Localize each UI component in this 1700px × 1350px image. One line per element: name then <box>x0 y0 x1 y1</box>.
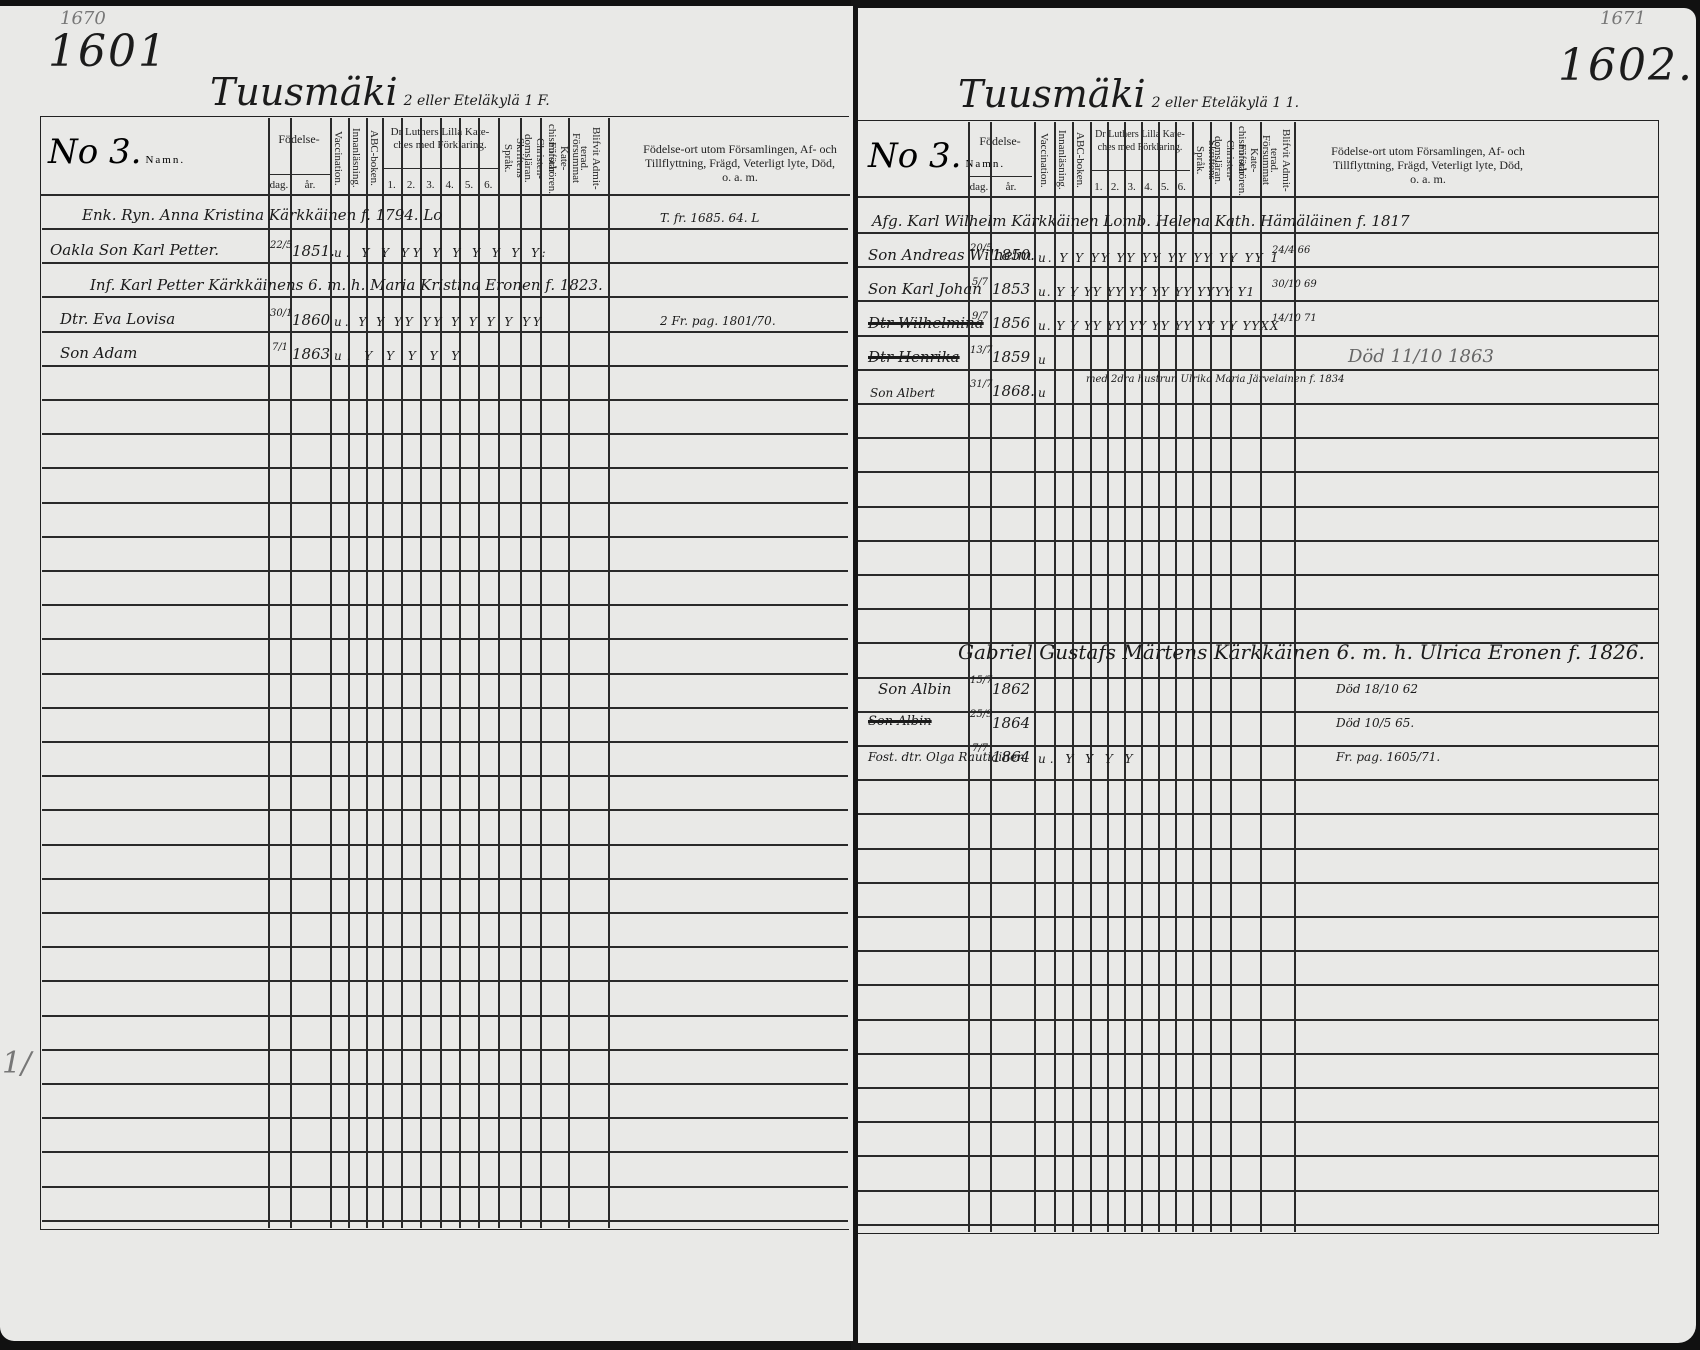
row-rule <box>42 536 848 538</box>
entry-dag: 25/9 <box>970 710 990 720</box>
entry-marks: u. Y Y YY YY YY YY YY YYYY Y1 <box>1038 285 1255 299</box>
row-rule <box>858 300 1658 302</box>
header-fodelse: Födelse- <box>968 134 1032 148</box>
row-rule <box>858 1121 1658 1123</box>
luther-6: 6. <box>479 178 498 192</box>
row-rule <box>858 608 1658 610</box>
row-rule <box>858 1053 1658 1055</box>
entry-marks: u. Y Y YY YY YY YY YY YY YY 1 <box>1038 251 1280 265</box>
row-rule <box>42 1220 848 1222</box>
row-rule <box>42 1015 848 1017</box>
right-page: 1671 1602. Tuusmäki2 eller Eteläkylä 1 1… <box>858 8 1696 1343</box>
entry-marks: u <box>1038 386 1046 400</box>
page-number: 1602. <box>1558 40 1694 91</box>
village-title: Tuusmäki2 eller Eteläkylä 1 1. <box>958 72 1299 116</box>
row-rule <box>42 296 848 298</box>
luther-4: 4. <box>1140 180 1157 194</box>
page-number: 1601 <box>48 26 168 77</box>
row-rule <box>858 813 1658 815</box>
header-vaccination: Vaccination. <box>1038 126 1050 194</box>
row-rule <box>858 916 1658 918</box>
entry-note: Fr. pag. 1605/71. <box>1336 750 1440 764</box>
entry-dag: 31/7 <box>970 380 990 390</box>
entry-note: Död 10/5 65. <box>1336 716 1414 730</box>
entry-year: 1853 <box>992 280 1030 298</box>
entry-note: med 2dra hustrun Ulrika Maria Järvelaine… <box>1086 374 1344 385</box>
entry-year: 1851. <box>292 242 335 260</box>
entry-note: Död 18/10 62 <box>1336 682 1418 696</box>
header-forsummat: Försummat Kate-chismiförhören. <box>546 124 582 192</box>
household-head: Gabriel Gustafs Märtens Kärkkäinen 6. m.… <box>958 640 1645 664</box>
row-rule <box>42 1186 848 1188</box>
row-rule <box>42 365 848 367</box>
header-admitterad: Blifvit Admit-terad. <box>578 124 602 192</box>
luther-3: 3. <box>421 178 440 192</box>
row-rule <box>858 369 1658 371</box>
row-rule <box>858 403 1658 405</box>
entry-year: 1860 <box>292 311 330 329</box>
header-admitterad: Blifvit Admit-terad. <box>1268 126 1292 194</box>
luther-2: 2. <box>1107 180 1124 194</box>
entry-dag: 22/5 <box>270 241 290 251</box>
entry-name-struck: Dtr Henrika <box>868 348 960 366</box>
row-rule <box>858 1224 1658 1226</box>
header-vaccination: Vaccination. <box>332 124 344 192</box>
row-rule <box>42 399 848 401</box>
header-dag: dag. <box>268 178 290 192</box>
row-rule <box>42 331 848 333</box>
row-rule <box>42 741 848 743</box>
row-rule <box>858 779 1658 781</box>
entry-name-struck: Dtr Wilhelmina <box>868 314 984 332</box>
entry-dag: 15/7 <box>970 676 990 686</box>
luther-3: 3. <box>1123 180 1140 194</box>
row-rule <box>858 950 1658 952</box>
village-note: 2 eller Eteläkylä 1 F. <box>404 93 550 109</box>
header-divider <box>858 196 1658 198</box>
entry-admit: 24/4 66 <box>1272 246 1310 256</box>
row-rule <box>42 262 848 264</box>
entry-marks: u. Y Y Y Y Y <box>334 349 464 363</box>
entry-note: 2 Fr. pag. 1801/70. <box>660 314 776 328</box>
entry-dag: 20/5 <box>970 244 990 254</box>
entry-dag: 13/7 <box>970 346 990 356</box>
entry-year: 1868. <box>992 382 1035 400</box>
row-rule <box>42 1117 848 1119</box>
header-fodelse: Födelse- <box>268 132 330 146</box>
row-rule <box>42 707 848 709</box>
header-innanlasning: Innanläsning. <box>350 124 362 192</box>
entry-marks: u. Y Y YY YY YY YY YY YY YY YYXX <box>1038 319 1279 333</box>
entry-name: Son Adam <box>60 344 137 362</box>
header-ar: år. <box>990 180 1032 194</box>
row-rule <box>858 1019 1658 1021</box>
village-title: Tuusmäki2 eller Eteläkylä 1 F. <box>210 70 550 114</box>
header-fodelseort: Födelse-ort utom Församlingen, Af- och T… <box>1328 144 1528 186</box>
entry-name: Dtr. Eva Lovisa <box>60 310 175 328</box>
entry-dag: 30/1 <box>270 309 290 319</box>
header-ar: år. <box>290 178 330 192</box>
row-rule <box>858 232 1658 234</box>
entry-name: Son Karl Johan <box>868 280 982 298</box>
subheader-line <box>268 174 330 175</box>
entry-name: Inf. Karl Petter Kärkkäinens 6. m. h. Ma… <box>90 276 603 294</box>
row-rule <box>858 437 1658 439</box>
entry-marks: u. Y Y YY Y Y Y Y Y Y: <box>334 246 550 260</box>
row-rule <box>858 1190 1658 1192</box>
row-rule <box>42 1151 848 1153</box>
entry-dag: 9/7 <box>970 312 990 322</box>
entry-year: 1864 <box>992 714 1030 732</box>
row-rule <box>858 266 1658 268</box>
entry-name-struck: Son Albin <box>868 714 932 729</box>
village-note: 2 eller Eteläkylä 1 1. <box>1152 95 1299 111</box>
entry-admit: 30/10 69 <box>1272 280 1317 290</box>
entry-note: T. fr. 1685. 64. L <box>660 211 759 225</box>
village-name: Tuusmäki <box>958 72 1146 116</box>
entry-year: 1859 <box>992 348 1030 366</box>
entry-name: Enk. Ryn. Anna Kristina Kärkkäinen f. 17… <box>82 206 442 224</box>
entry-year: 1862 <box>992 680 1030 698</box>
subheader-line <box>968 176 1032 177</box>
header-dag: dag. <box>968 180 990 194</box>
entry-note-death: Död 11/10 1863 <box>1348 346 1494 367</box>
header-innanlasning: Innanläsning. <box>1056 126 1068 194</box>
header-forsummat: Försummat Kate-chismiförhören. <box>1236 126 1272 194</box>
entry-dag: 7/1 <box>270 343 290 353</box>
header-fodelseort: Födelse-ort utom Församlingen, Af- och T… <box>640 142 840 184</box>
header-abc: ABC-boken. <box>368 124 380 192</box>
row-rule <box>42 433 848 435</box>
entry-dag: 7/7 <box>970 744 990 754</box>
row-rule <box>42 844 848 846</box>
row-rule <box>42 502 848 504</box>
row-rule <box>42 878 848 880</box>
left-page: 1670 1601 Tuusmäki2 eller Eteläkylä 1 F.… <box>0 6 853 1341</box>
luther-1: 1. <box>382 178 401 192</box>
entry-year: 1863 <box>292 345 330 363</box>
row-rule <box>42 228 848 230</box>
row-rule <box>42 570 848 572</box>
village-name: Tuusmäki <box>210 70 398 114</box>
entry-name: Son Albin <box>878 680 951 698</box>
entry-name: Son Albert <box>870 386 935 400</box>
entry-year: 1864 <box>992 748 1030 766</box>
entry-marks: u <box>1038 353 1046 367</box>
row-rule <box>42 912 848 914</box>
row-rule <box>858 984 1658 986</box>
luther-5: 5. <box>459 178 478 192</box>
row-rule <box>858 574 1658 576</box>
entry-marks: u. Y Y Y Y <box>1038 752 1137 766</box>
row-rule <box>42 775 848 777</box>
entry-marks: u. Y Y YY YY Y Y Y Y YY <box>334 315 544 329</box>
row-rule <box>42 980 848 982</box>
row-rule <box>858 1087 1658 1089</box>
entry-year: 1850. <box>992 246 1035 264</box>
row-rule <box>858 540 1658 542</box>
entry-admit: 14/10 71 <box>1272 314 1317 324</box>
luther-1: 1. <box>1090 180 1107 194</box>
row-rule <box>42 946 848 948</box>
margin-mark: 1/ <box>2 1046 31 1081</box>
entry-dag: 5/7 <box>970 278 990 288</box>
pencil-page-number: 1671 <box>1600 8 1646 29</box>
row-rule <box>42 1049 848 1051</box>
row-rule <box>42 1083 848 1085</box>
luther-2: 2. <box>401 178 420 192</box>
row-rule <box>42 673 848 675</box>
row-rule <box>858 471 1658 473</box>
row-rule <box>858 882 1658 884</box>
row-rule <box>858 848 1658 850</box>
row-rule <box>42 604 848 606</box>
row-rule <box>42 809 848 811</box>
household-number: No 3.Namn. <box>48 132 185 172</box>
row-rule <box>858 1155 1658 1157</box>
row-rule <box>42 467 848 469</box>
entry-name: Afg. Karl Wilhelm Kärkkäinen Lomb. Helen… <box>872 212 1410 230</box>
row-rule <box>858 506 1658 508</box>
entry-year: 1856 <box>992 314 1030 332</box>
row-rule <box>42 638 848 640</box>
row-rule <box>858 335 1658 337</box>
entry-name: Oakla Son Karl Petter. <box>50 241 219 259</box>
luther-4: 4. <box>440 178 459 192</box>
header-divider <box>40 194 850 196</box>
header-abc: ABC-boken. <box>1074 126 1086 194</box>
